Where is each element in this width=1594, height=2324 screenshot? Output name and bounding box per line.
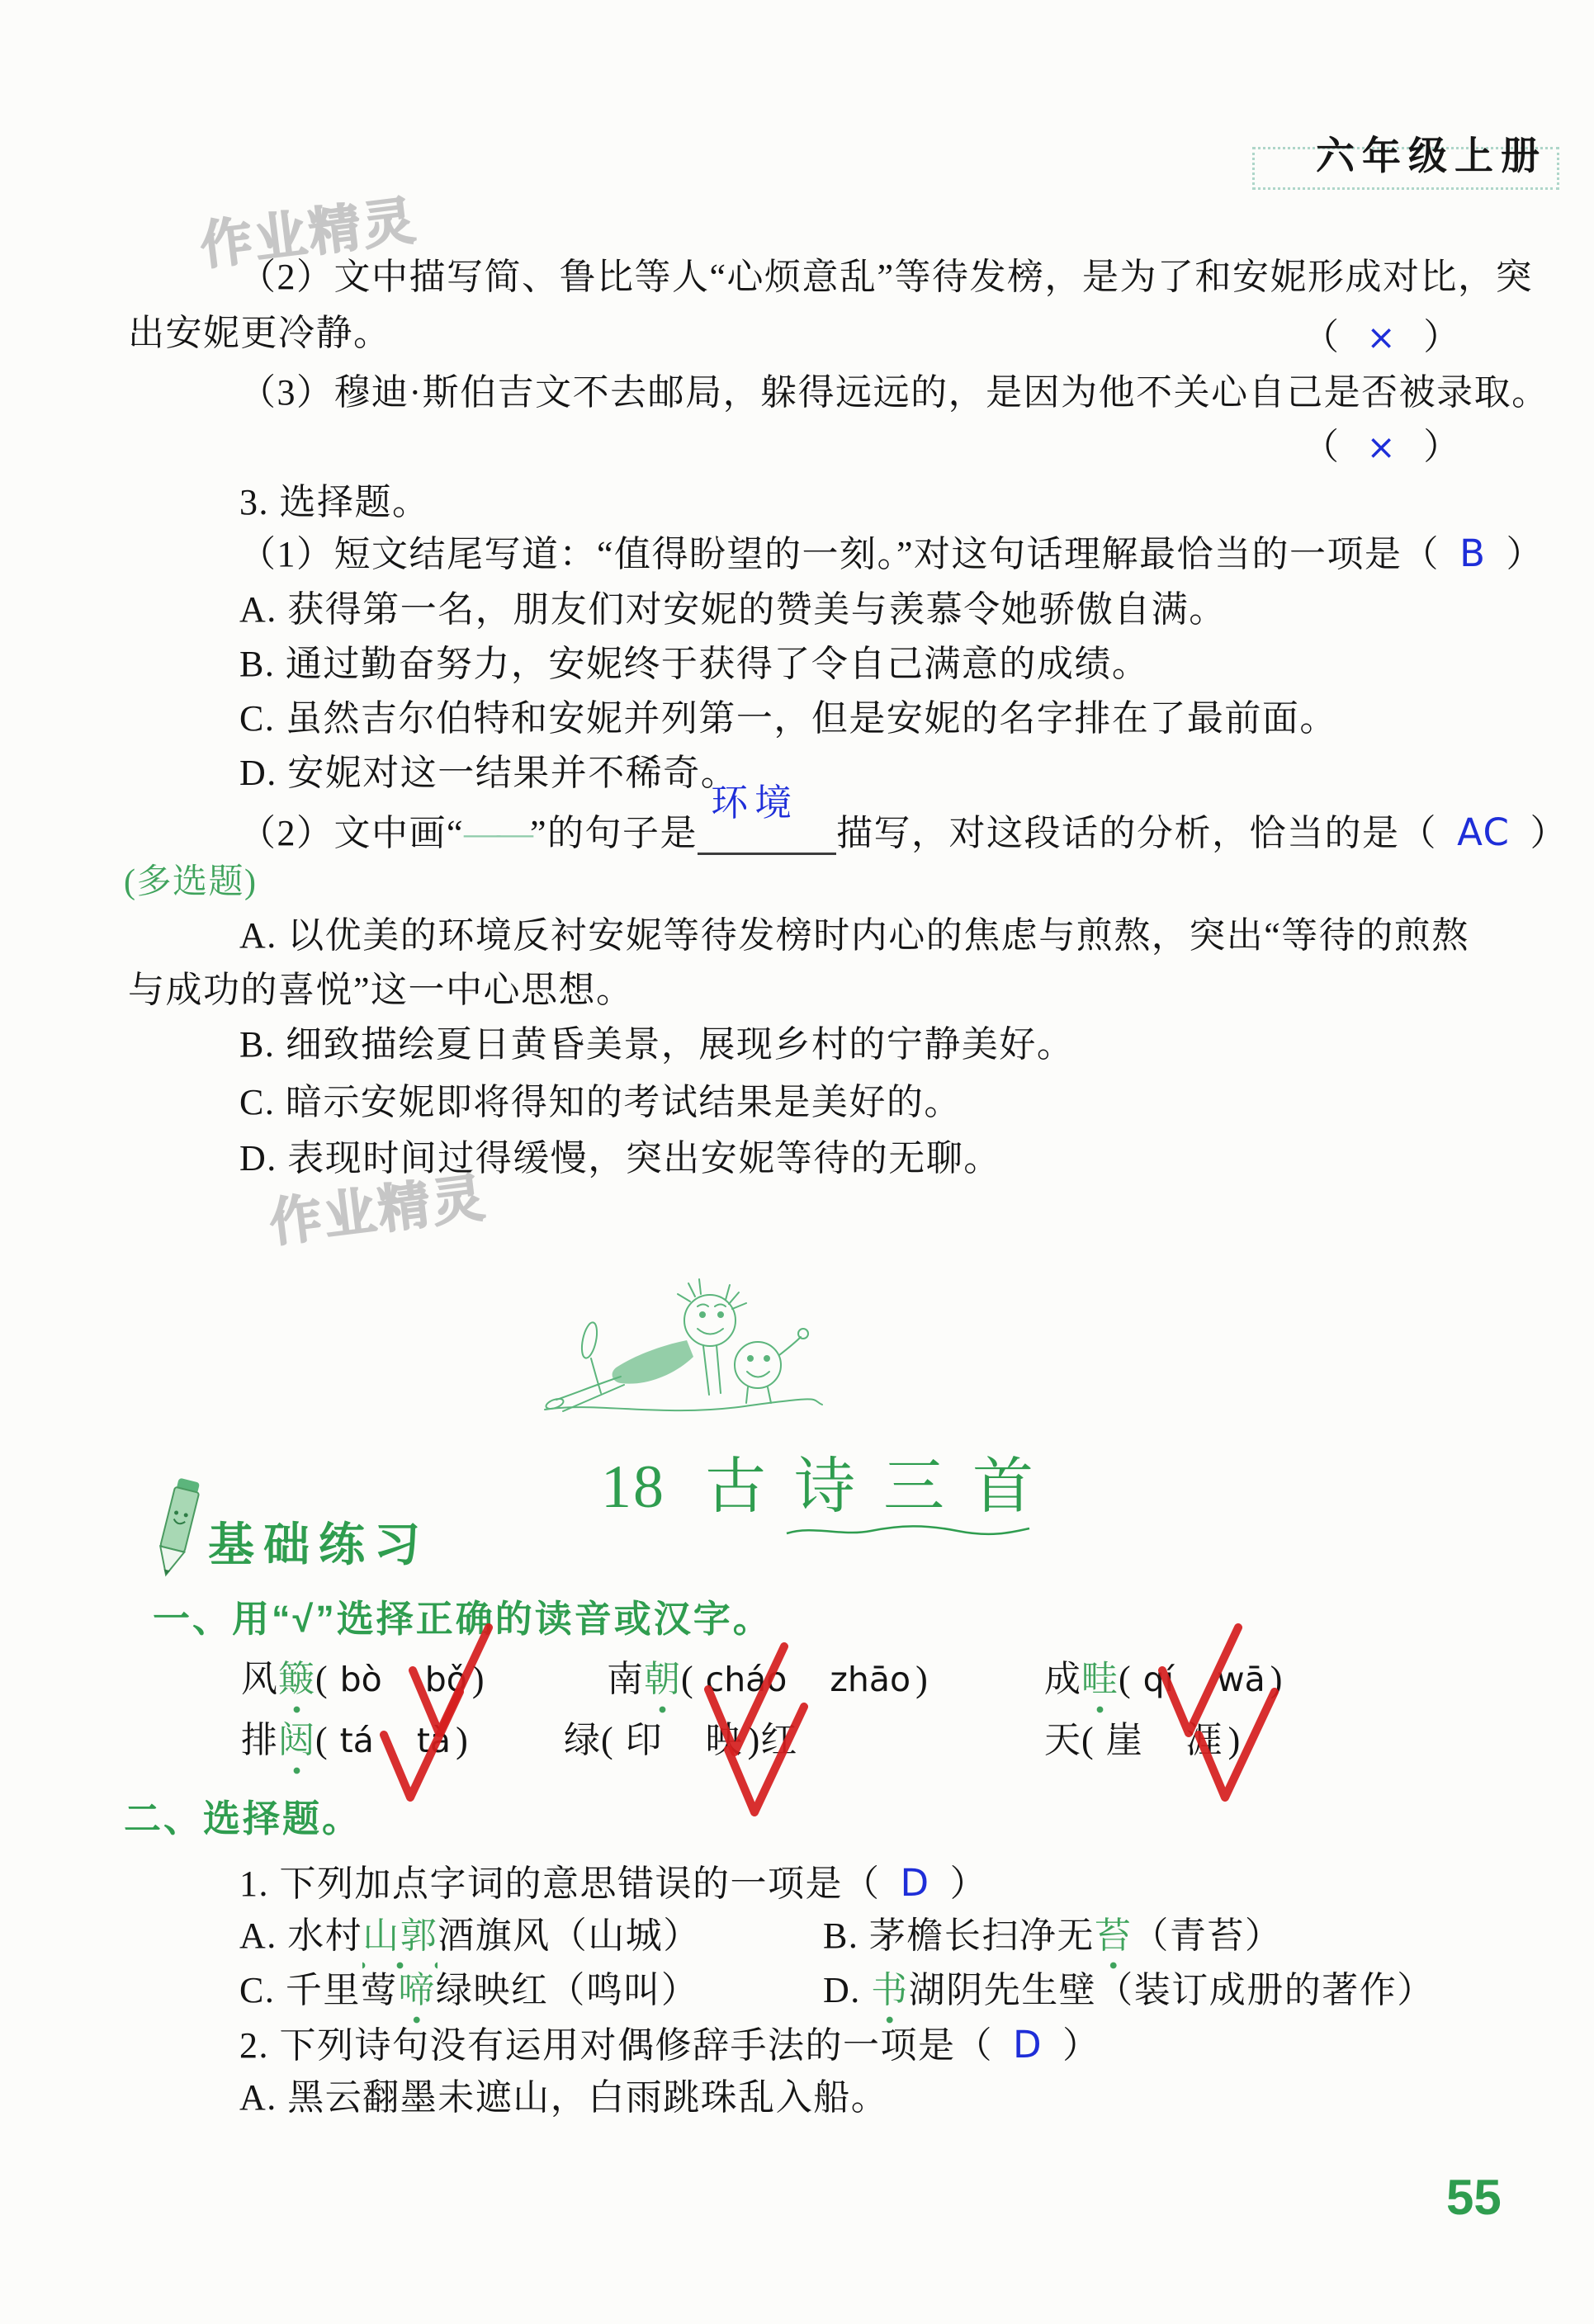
mc-q2-option-b: B. 细致描绘夏日黄昏美景，展现乡村的宁静美好。	[239, 1023, 1074, 1066]
item-prefix: 绿	[564, 1720, 601, 1760]
mc-q2-stem-post: 描写，对这段话的分析，恰当的是（	[836, 813, 1437, 853]
paren-open: （	[1303, 427, 1341, 467]
mc-q2-option-c: C. 暗示安妮即将得知的考试结果是美好的。	[239, 1081, 962, 1124]
item-prefix: 风	[241, 1659, 278, 1699]
ex2-q1-option-d: D. 书湖阴先生壁（装订成册的著作）	[823, 1969, 1435, 2012]
mc-q1-option-c: C. 虽然吉尔伯特和安妮并列第一，但是安妮的名字排在了最前面。	[239, 697, 1337, 740]
correct-checkmark	[720, 1698, 811, 1822]
option-text: D.	[823, 1970, 871, 2010]
tf-answer-2-mark: ×	[1341, 317, 1424, 357]
mc-q2-option-d: D. 表现时间过得缓慢，突出安妮等待的无聊。	[239, 1137, 1001, 1180]
correct-checkmark	[376, 1684, 466, 1807]
mc-q1-option-a: A. 获得第一名，朋友们对安妮的赞美与羡慕令她骄傲自满。	[239, 588, 1227, 631]
paren-close: ）	[1530, 813, 1568, 853]
tf-question-2-line-1: （2）文中描写简、鲁比等人“心烦意乱”等待发榜，是为了和安妮形成对比，突	[239, 256, 1533, 299]
option-text: 酒旗风（山城）	[438, 1915, 701, 1956]
paren-close: )	[915, 1659, 929, 1699]
exercise-2-label: 二、选择题。	[124, 1797, 362, 1840]
mc-q2-multi-select-note: (多选题)	[124, 861, 257, 904]
paren-open: (	[681, 1659, 694, 1699]
green-dash-line: ——	[464, 813, 530, 853]
paren-close: ）	[1506, 534, 1544, 574]
paren-close: ）	[1423, 427, 1461, 467]
annotated-word: 山郭	[362, 1915, 438, 1958]
item-target-char: 朝	[644, 1649, 681, 1702]
item-prefix: 排	[241, 1720, 278, 1760]
title-wavy-underline	[784, 1521, 1032, 1541]
mc-q1-option-b: B. 通过勤奋努力，安妮终于获得了令自己满意的成绩。	[239, 643, 1149, 686]
mc-q2-answer: AC	[1437, 810, 1530, 854]
ex2-q2-stem-text: 2. 下列诗句没有运用对偶修辞手法的一项是（	[239, 2025, 993, 2066]
option-text: 湖阴先生壁（装订成册的著作）	[909, 1970, 1435, 2010]
option-text: B. 茅檐长扫净无	[823, 1915, 1095, 1956]
annotated-word: 啼	[398, 1969, 436, 2012]
option-text: （青苔）	[1132, 1915, 1282, 1956]
ex2-q1-option-b: B. 茅檐长扫净无苔（青苔）	[823, 1915, 1282, 1958]
mc-q1-answer: B	[1440, 531, 1506, 575]
item-target-char: 簸	[278, 1649, 315, 1702]
paren-open: (	[315, 1659, 329, 1699]
practice-section-title: 基础练习	[208, 1509, 429, 1575]
page-number: 55	[1446, 2169, 1502, 2226]
item-prefix: 天	[1044, 1720, 1081, 1760]
mc-q1-stem-text: （1）短文结尾写道：“值得盼望的一刻。”对这句话理解最恰当的一项是（	[239, 534, 1440, 574]
ex2-q1-stem: 1. 下列加点字词的意思错误的一项是（D）	[239, 1862, 987, 1906]
ex2-q1-option-a: A. 水村山郭酒旗风（山城）	[239, 1915, 701, 1958]
paren-open: (	[315, 1720, 329, 1760]
tf-answer-3-mark: ×	[1341, 427, 1424, 467]
choice-1: tá	[340, 1721, 374, 1760]
choice-2: zhāo	[830, 1660, 911, 1699]
grade-badge-label: 六年级上册	[1316, 125, 1547, 181]
annotated-word: 苔	[1095, 1915, 1133, 1958]
ex2-q2-stem: 2. 下列诗句没有运用对偶修辞手法的一项是（D）	[239, 2024, 1100, 2067]
lesson-title-text: 古诗三首	[705, 1453, 1062, 1521]
paren-close: ）	[950, 1863, 988, 1904]
item-prefix: 南	[607, 1659, 644, 1699]
ex2-q1-stem-text: 1. 下列加点字词的意思错误的一项是（	[239, 1863, 881, 1904]
item-target-char: 闼	[278, 1710, 315, 1763]
paren-close: ）	[1423, 317, 1461, 357]
mc-q1-option-d: D. 安妮对这一结果并不稀奇。	[239, 752, 738, 795]
mc-q2-stem: （2）文中画“——”的句子是环境描写，对这段话的分析，恰当的是（AC）	[239, 811, 1568, 855]
mc-q2-stem-mid: ”的句子是	[530, 813, 698, 853]
annotated-word: 书	[871, 1969, 909, 2012]
workbook-page: 作业精灵 作业精灵 六年级上册 （2）文中描写简、鲁比等人“心烦意乱”等待发榜，…	[0, 0, 1594, 2324]
paren-open: (	[1081, 1720, 1095, 1760]
paren-open: (	[1119, 1659, 1132, 1699]
item-target-char: 畦	[1081, 1649, 1119, 1702]
ex2-q2-option-a: A. 黑云翻墨未遮山，白雨跳珠乱入船。	[239, 2076, 888, 2119]
mc-q2-option-a-line-1: A. 以优美的环境反衬安妮等待发榜时内心的焦虑与煎熬，突出“等待的煎熬	[239, 914, 1469, 957]
ex2-q2-answer: D	[993, 2023, 1062, 2067]
tf-answer-3: （×）	[1303, 426, 1461, 469]
mc-q2-option-a-line-2: 与成功的喜悦”这一中心思想。	[128, 969, 634, 1012]
choice-1: 崖	[1106, 1720, 1143, 1760]
option-text: C. 千里莺	[239, 1970, 398, 2010]
ex2-q1-option-c: C. 千里莺啼绿映红（鸣叫）	[239, 1969, 698, 2012]
pencil-icon	[149, 1466, 207, 1585]
option-text: A. 水村	[239, 1915, 362, 1956]
lesson-number: 18	[601, 1453, 665, 1521]
paren-close: ）	[1062, 2025, 1100, 2066]
lesson-title: 18古诗三首	[601, 1438, 1062, 1525]
item-prefix: 成	[1044, 1659, 1081, 1699]
mc-q2-blank-answer: 环境	[711, 782, 798, 824]
correct-checkmark	[1190, 1684, 1281, 1807]
children-illustration	[538, 1269, 827, 1434]
mc-intro: 3. 选择题。	[239, 481, 430, 524]
tf-question-2-line-2: 出安妮更冷静。	[128, 312, 391, 355]
mc-q2-stem-pre: （2）文中画“	[239, 813, 464, 853]
tf-question-3: （3）穆迪·斯伯吉文不去邮局，躲得远远的，是因为他不关心自己是否被录取。	[239, 371, 1549, 414]
choice-1: 印	[626, 1720, 663, 1760]
paren-open: (	[601, 1720, 614, 1760]
tf-answer-2: （×）	[1303, 316, 1461, 359]
mc-q1-stem: （1）短文结尾写道：“值得盼望的一刻。”对这句话理解最恰当的一项是（B）	[239, 532, 1544, 576]
option-text: 绿映红（鸣叫）	[436, 1970, 699, 2010]
paren-open: （	[1303, 317, 1341, 357]
ex2-q1-answer: D	[881, 1861, 950, 1905]
answer-blank-underline: 环境	[698, 811, 836, 855]
